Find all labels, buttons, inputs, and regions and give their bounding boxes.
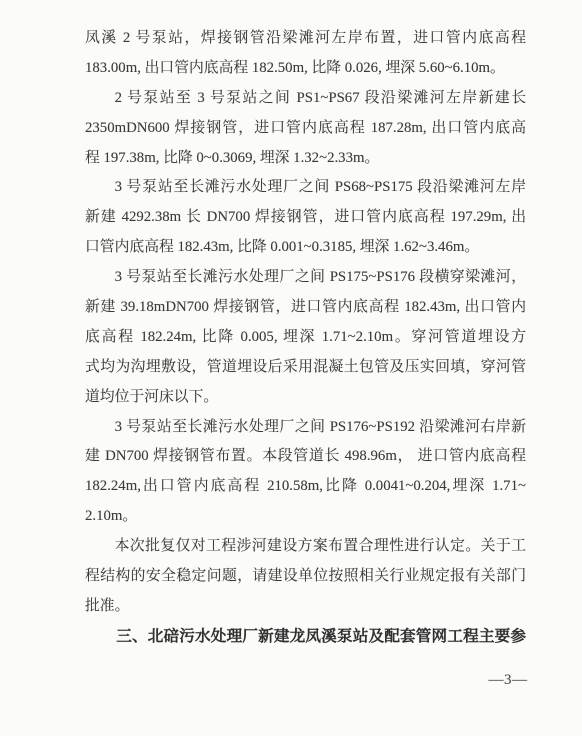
section-heading: 三、北碚污水处理厂新建龙凤溪泵站及配套管网工程主要参	[85, 622, 526, 652]
text-line: 式均为沟埋敷设，管道埋设后采用混凝土包管及压实回填，穿河管	[85, 353, 526, 383]
text-line: 2 号泵站至 3 号泵站之间 PS1~PS67 段沿梁滩河左岸新建长	[85, 84, 526, 114]
text-line: 3 号泵站至长滩污水处理厂之间 PS175~PS176 段横穿梁滩河，	[85, 263, 526, 293]
text-line: 3 号泵站至长滩污水处理厂之间 PS176~PS192 沿梁滩河右岸新	[85, 413, 526, 443]
text-line: 凤溪 2 号泵站，焊接钢管沿梁滩河左岸布置，进口管内底高程	[85, 24, 526, 54]
document-body: 凤溪 2 号泵站，焊接钢管沿梁滩河左岸布置，进口管内底高程 183.00m, 出…	[85, 24, 526, 652]
page-number: —3—	[476, 666, 540, 694]
section-heading-text: 三、北碚污水处理厂新建龙凤溪泵站及配套管网工程主要参	[85, 622, 526, 652]
paragraph: 本次批复仅对工程涉河建设方案布置合理性进行认定。关于工 程结构的安全稳定问题，请…	[85, 532, 526, 622]
text-line: 批准。	[85, 592, 526, 622]
text-line: 2350mDN600 焊接钢管，进口管内底高程 187.28m, 出口管内底高	[85, 114, 526, 144]
paragraph: 3 号泵站至长滩污水处理厂之间 PS175~PS176 段横穿梁滩河， 新建 3…	[85, 263, 526, 412]
paragraph: 3 号泵站至长滩污水处理厂之间 PS68~PS175 段沿梁滩河左岸 新建 42…	[85, 173, 526, 263]
text-line: 182.24m,出口管内底高程 210.58m,比降 0.0041~0.204,…	[85, 472, 526, 502]
text-line: 3 号泵站至长滩污水处理厂之间 PS68~PS175 段沿梁滩河左岸	[85, 173, 526, 203]
text-line: 本次批复仅对工程涉河建设方案布置合理性进行认定。关于工	[85, 532, 526, 562]
text-line: 程 197.38m, 比降 0~0.3069, 埋深 1.32~2.33m。	[85, 144, 526, 174]
paragraph: 凤溪 2 号泵站，焊接钢管沿梁滩河左岸布置，进口管内底高程 183.00m, 出…	[85, 24, 526, 84]
text-line: 道均位于河床以下。	[85, 383, 526, 413]
paragraph: 3 号泵站至长滩污水处理厂之间 PS176~PS192 沿梁滩河右岸新 建 DN…	[85, 413, 526, 533]
text-line: 底高程 182.24m, 比降 0.005, 埋深 1.71~2.10m。穿河管…	[85, 323, 526, 353]
text-line: 2.10m。	[85, 502, 526, 532]
paragraph: 2 号泵站至 3 号泵站之间 PS1~PS67 段沿梁滩河左岸新建长 2350m…	[85, 84, 526, 174]
text-line: 建 DN700 焊接钢管布置。本段管道长 498.96m， 进口管内底高程	[85, 442, 526, 472]
text-line: 口管内底高程 182.43m, 比降 0.001~0.3185, 埋深 1.62…	[85, 233, 526, 263]
text-line: 程结构的安全稳定问题，请建设单位按照相关行业规定报有关部门	[85, 562, 526, 592]
text-line: 183.00m, 出口管内底高程 182.50m, 比降 0.026, 埋深 5…	[85, 54, 526, 84]
scanned-document-page: 凤溪 2 号泵站，焊接钢管沿梁滩河左岸布置，进口管内底高程 183.00m, 出…	[0, 0, 582, 736]
text-line: 新建 39.18mDN700 焊接钢管，进口管内底高程 182.43m, 出口管…	[85, 293, 526, 323]
text-line: 新建 4292.38m 长 DN700 焊接钢管，进口管内底高程 197.29m…	[85, 203, 526, 233]
